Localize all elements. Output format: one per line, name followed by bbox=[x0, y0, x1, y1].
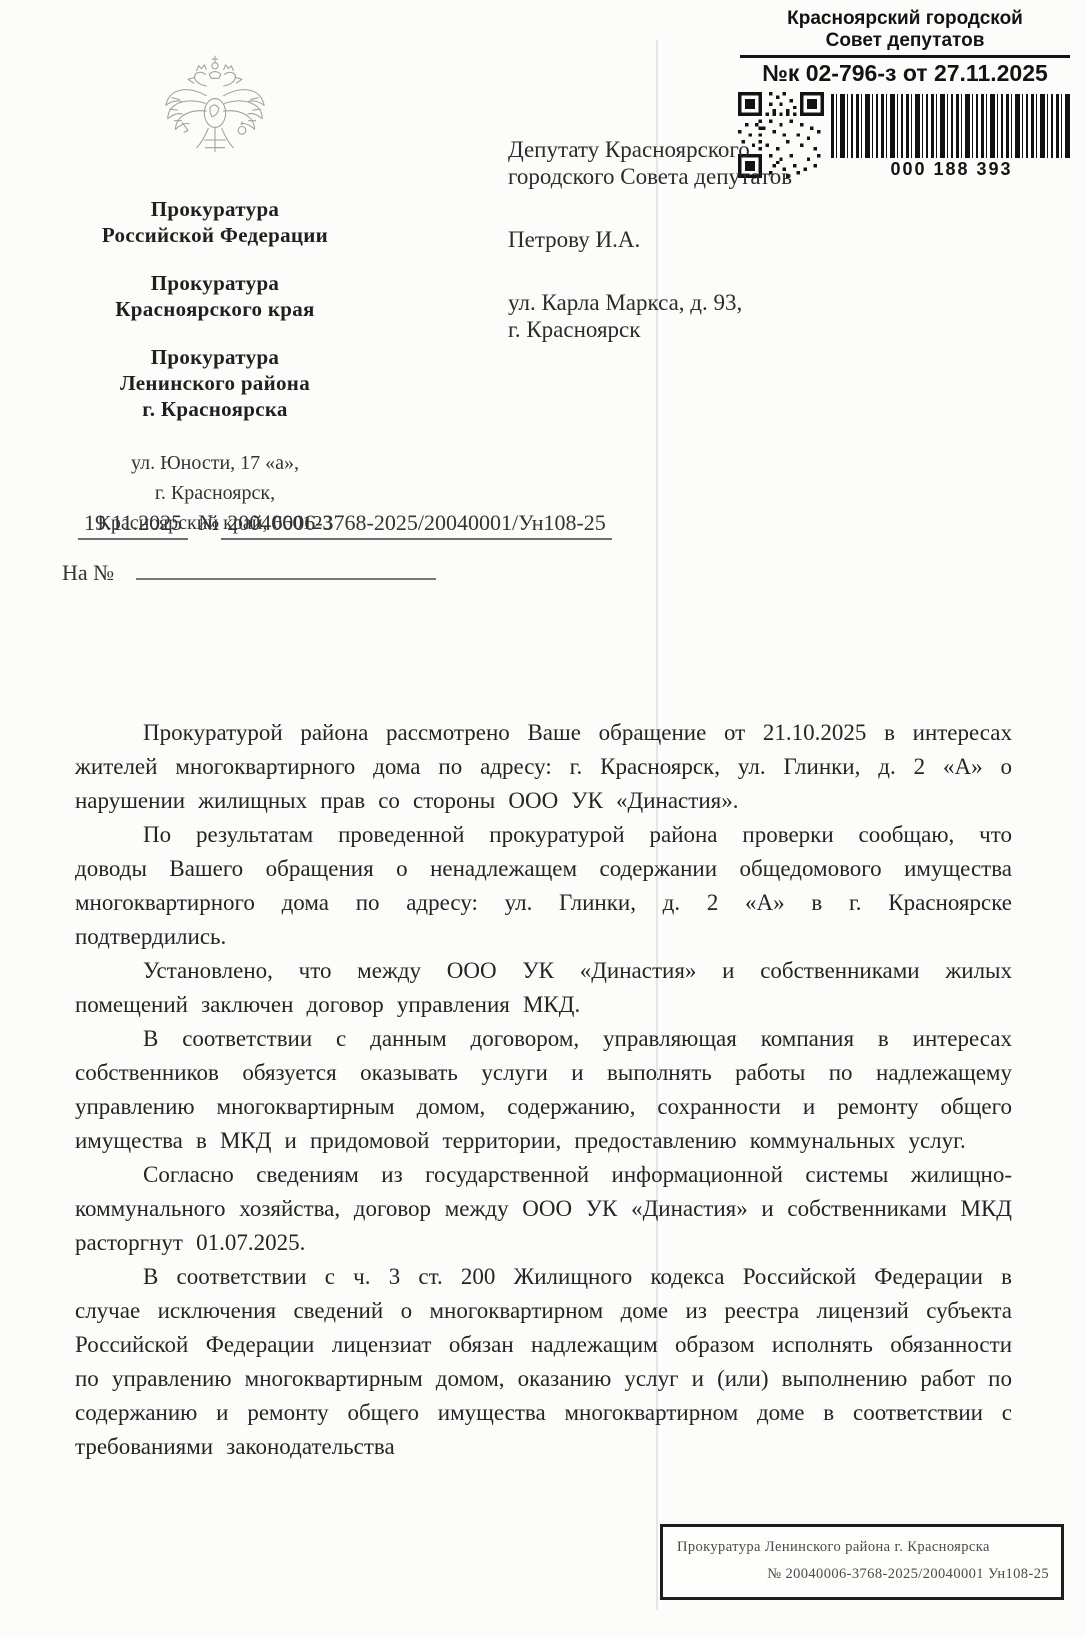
org1-line2: Российской Федерации bbox=[52, 222, 378, 248]
paragraph: Прокуратурой района рассмотрено Ваше обр… bbox=[75, 716, 1012, 818]
org1-line1: Прокуратура bbox=[52, 196, 378, 222]
letter-number: 20040006-3768-2025/20040001/Ун108-25 bbox=[221, 510, 612, 540]
recipient-title: Депутату Красноярского городского Совета… bbox=[508, 136, 948, 190]
letterhead-org-federation: Прокуратура Российской Федерации bbox=[52, 196, 378, 248]
paragraph: Установлено, что между ООО УК «Династия»… bbox=[75, 954, 1012, 1022]
recipient-address-line1: ул. Карла Маркса, д. 93, bbox=[508, 289, 948, 316]
outgoing-reference-line: 19.11.2025 № 20040006-3768-2025/20040001… bbox=[78, 510, 612, 540]
reply-reference-line: На № bbox=[62, 556, 436, 586]
letterhead-org-krai: Прокуратура Красноярского края bbox=[52, 270, 378, 322]
recipient-address: ул. Карла Маркса, д. 93, г. Красноярск bbox=[508, 289, 948, 343]
recipient-block: Депутату Красноярского городского Совета… bbox=[508, 136, 948, 343]
number-sign: № bbox=[198, 510, 219, 536]
paragraph: В соответствии с ч. 3 ст. 200 Жилищного … bbox=[75, 1260, 1012, 1464]
stamp-org-line1: Красноярский городской bbox=[738, 8, 1072, 30]
org2-line1: Прокуратура bbox=[52, 270, 378, 296]
recipient-line1: Депутату Красноярского bbox=[508, 136, 948, 163]
registry-stamp-org: Прокуратура Ленинского района г. Красноя… bbox=[677, 1539, 1049, 1556]
reply-label: На № bbox=[62, 560, 114, 586]
reply-number-blank bbox=[136, 556, 436, 580]
letter-date: 19.11.2025 bbox=[78, 510, 188, 540]
stamp-divider bbox=[740, 55, 1070, 58]
letterhead-address-line2: г. Красноярск, bbox=[52, 478, 378, 508]
recipient-line2: городского Совета депутатов bbox=[508, 163, 948, 190]
double-headed-eagle-emblem-icon bbox=[162, 52, 268, 174]
paragraph: По результатам проведенной прокуратурой … bbox=[75, 818, 1012, 954]
paragraph: В соответствии с данным договором, управ… bbox=[75, 1022, 1012, 1158]
org3-line2: Ленинского района bbox=[52, 370, 378, 396]
registry-stamp-box: Прокуратура Ленинского района г. Красноя… bbox=[660, 1524, 1064, 1600]
paragraph: Согласно сведениям из государственной ин… bbox=[75, 1158, 1012, 1260]
recipient-name: Петрову И.А. bbox=[508, 226, 948, 253]
stamp-registration-number: №к 02-796-з от 27.11.2025 bbox=[738, 60, 1072, 87]
letterhead-org-district: Прокуратура Ленинского района г. Красноя… bbox=[52, 344, 378, 422]
letterhead-address-line1: ул. Юности, 17 «а», bbox=[52, 448, 378, 478]
org3-line1: Прокуратура bbox=[52, 344, 378, 370]
letterhead: Прокуратура Российской Федерации Прокура… bbox=[52, 52, 378, 538]
registry-stamp-number: № 20040006-3768-2025/20040001 Ун108-25 bbox=[677, 1566, 1049, 1583]
letter-body: Прокуратурой района рассмотрено Ваше обр… bbox=[75, 716, 1012, 1464]
stamp-org-line2: Совет депутатов bbox=[738, 30, 1072, 52]
recipient-address-line2: г. Красноярск bbox=[508, 316, 948, 343]
org3-line3: г. Красноярска bbox=[52, 396, 378, 422]
scanned-letter-page: Красноярский городской Совет депутатов №… bbox=[0, 0, 1086, 1638]
org2-line2: Красноярского края bbox=[52, 296, 378, 322]
